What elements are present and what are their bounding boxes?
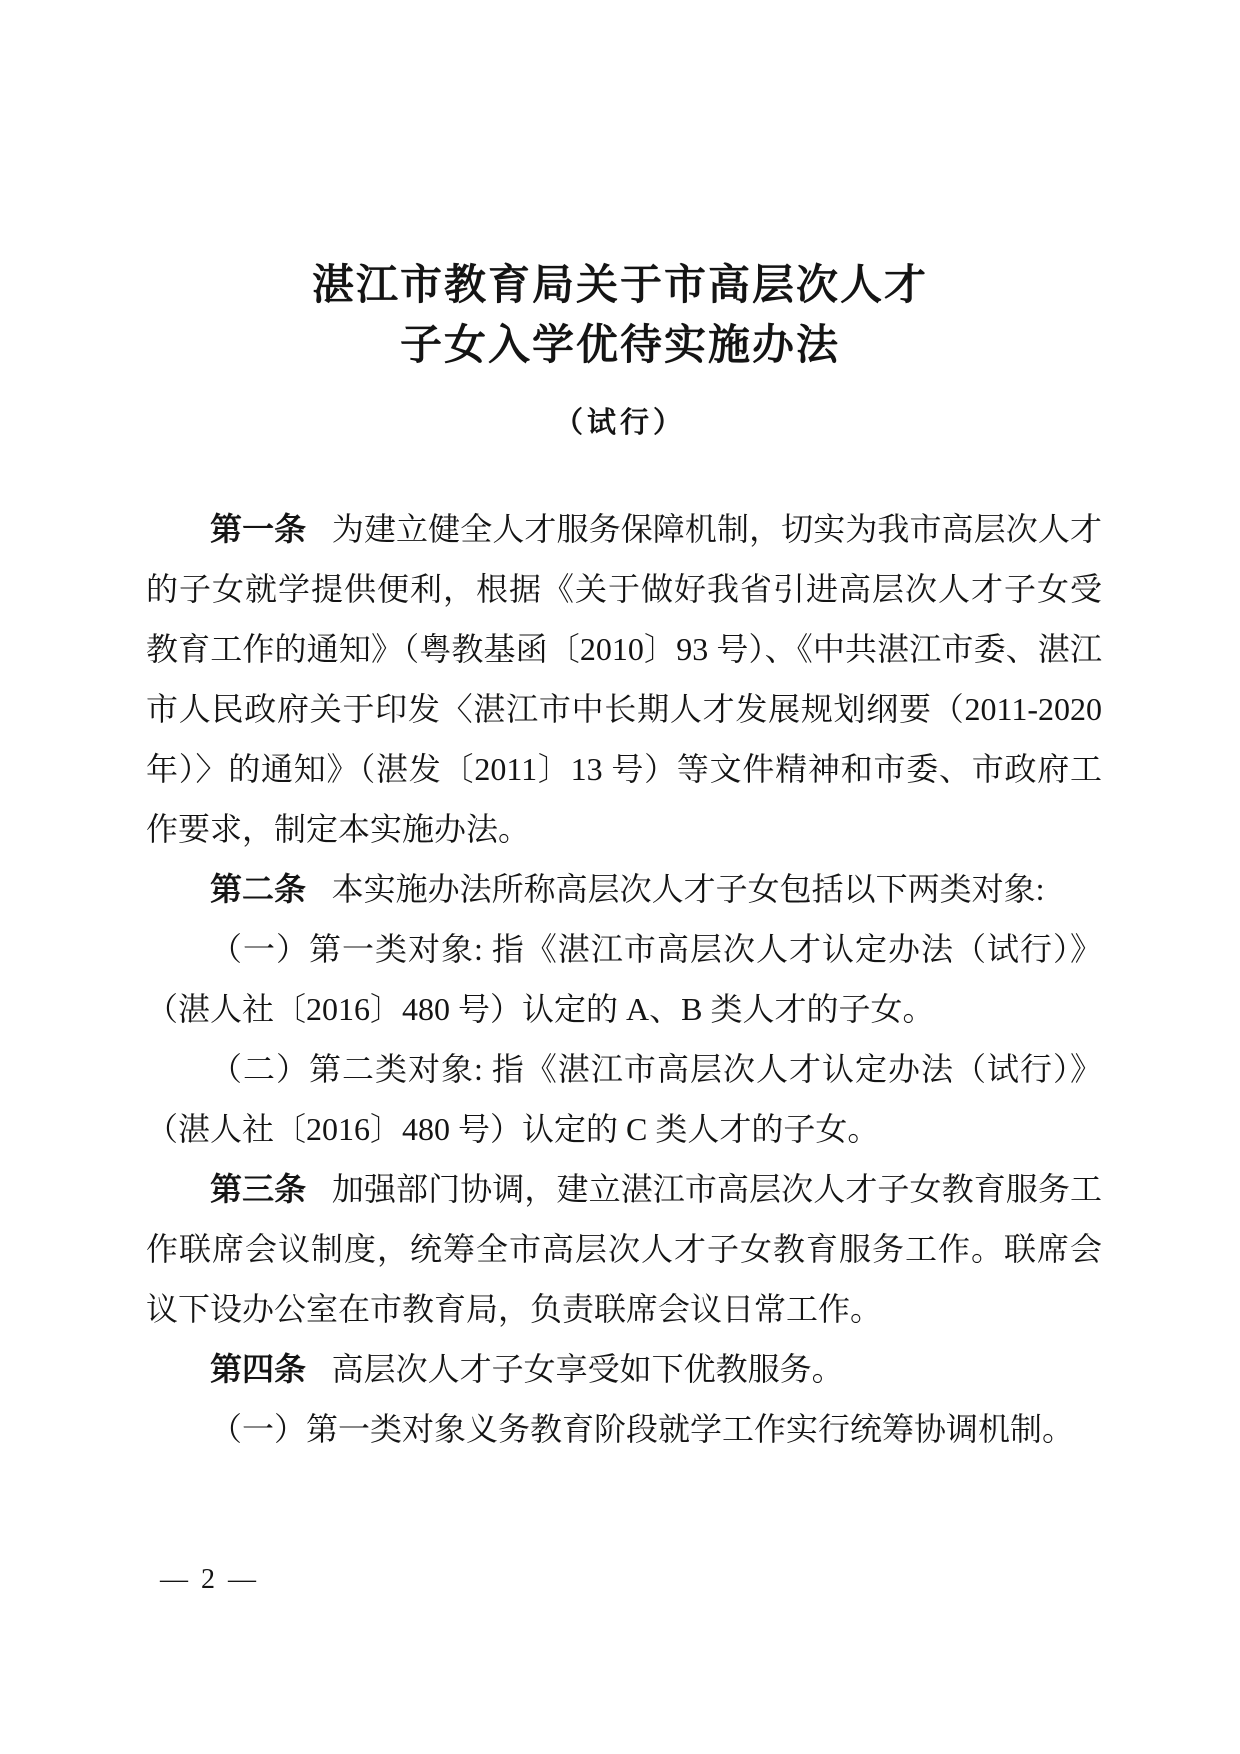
title-line-2: 子女入学优待实施办法 [0,316,1240,376]
paragraph-text: （一）第一类对象义务教育阶段就学工作实行统筹协调机制。 [210,1411,1074,1447]
paragraph-article-3: 第三条加强部门协调，建立湛江市高层次人才子女教育服务工作联席会议制度，统筹全市高… [146,1159,1102,1339]
paragraph-text: （二）第二类对象: 指《湛江市高层次人才认定办法（试行）》（湛人社〔2016〕4… [146,1051,1102,1147]
paragraph-article-2: 第二条本实施办法所称高层次人才子女包括以下两类对象: [146,859,1102,919]
article-label: 第三条 [210,1171,306,1207]
document-page: 湛江市教育局关于市高层次人才 子女入学优待实施办法 （试行） 第一条为建立健全人… [0,0,1240,1754]
paragraph-text: 为建立健全人才服务保障机制，切实为我市高层次人才的子女就学提供便利，根据《关于做… [146,511,1102,847]
page-number: — 2 — [160,1564,259,1596]
paragraph-item-2: （二）第二类对象: 指《湛江市高层次人才认定办法（试行）》（湛人社〔2016〕4… [146,1039,1102,1159]
paragraph-article-1: 第一条为建立健全人才服务保障机制，切实为我市高层次人才的子女就学提供便利，根据《… [146,499,1102,859]
paragraph-item-1: （一）第一类对象: 指《湛江市高层次人才认定办法（试行）》（湛人社〔2016〕4… [146,919,1102,1039]
paragraph-text: （一）第一类对象: 指《湛江市高层次人才认定办法（试行）》（湛人社〔2016〕4… [146,931,1102,1027]
article-label: 第四条 [210,1351,306,1387]
paragraph-article-4: 第四条高层次人才子女享受如下优教服务。 [146,1339,1102,1399]
article-label: 第二条 [210,871,306,907]
document-title: 湛江市教育局关于市高层次人才 子女入学优待实施办法 [0,0,1240,376]
paragraph-text: 本实施办法所称高层次人才子女包括以下两类对象: [332,871,1045,907]
document-subtitle: （试行） [0,400,1240,441]
title-line-1: 湛江市教育局关于市高层次人才 [0,256,1240,316]
article-label: 第一条 [210,511,306,547]
paragraph-item-3: （一）第一类对象义务教育阶段就学工作实行统筹协调机制。 [146,1399,1102,1459]
paragraph-text: 高层次人才子女享受如下优教服务。 [332,1351,844,1387]
document-body: 第一条为建立健全人才服务保障机制，切实为我市高层次人才的子女就学提供便利，根据《… [146,499,1102,1459]
